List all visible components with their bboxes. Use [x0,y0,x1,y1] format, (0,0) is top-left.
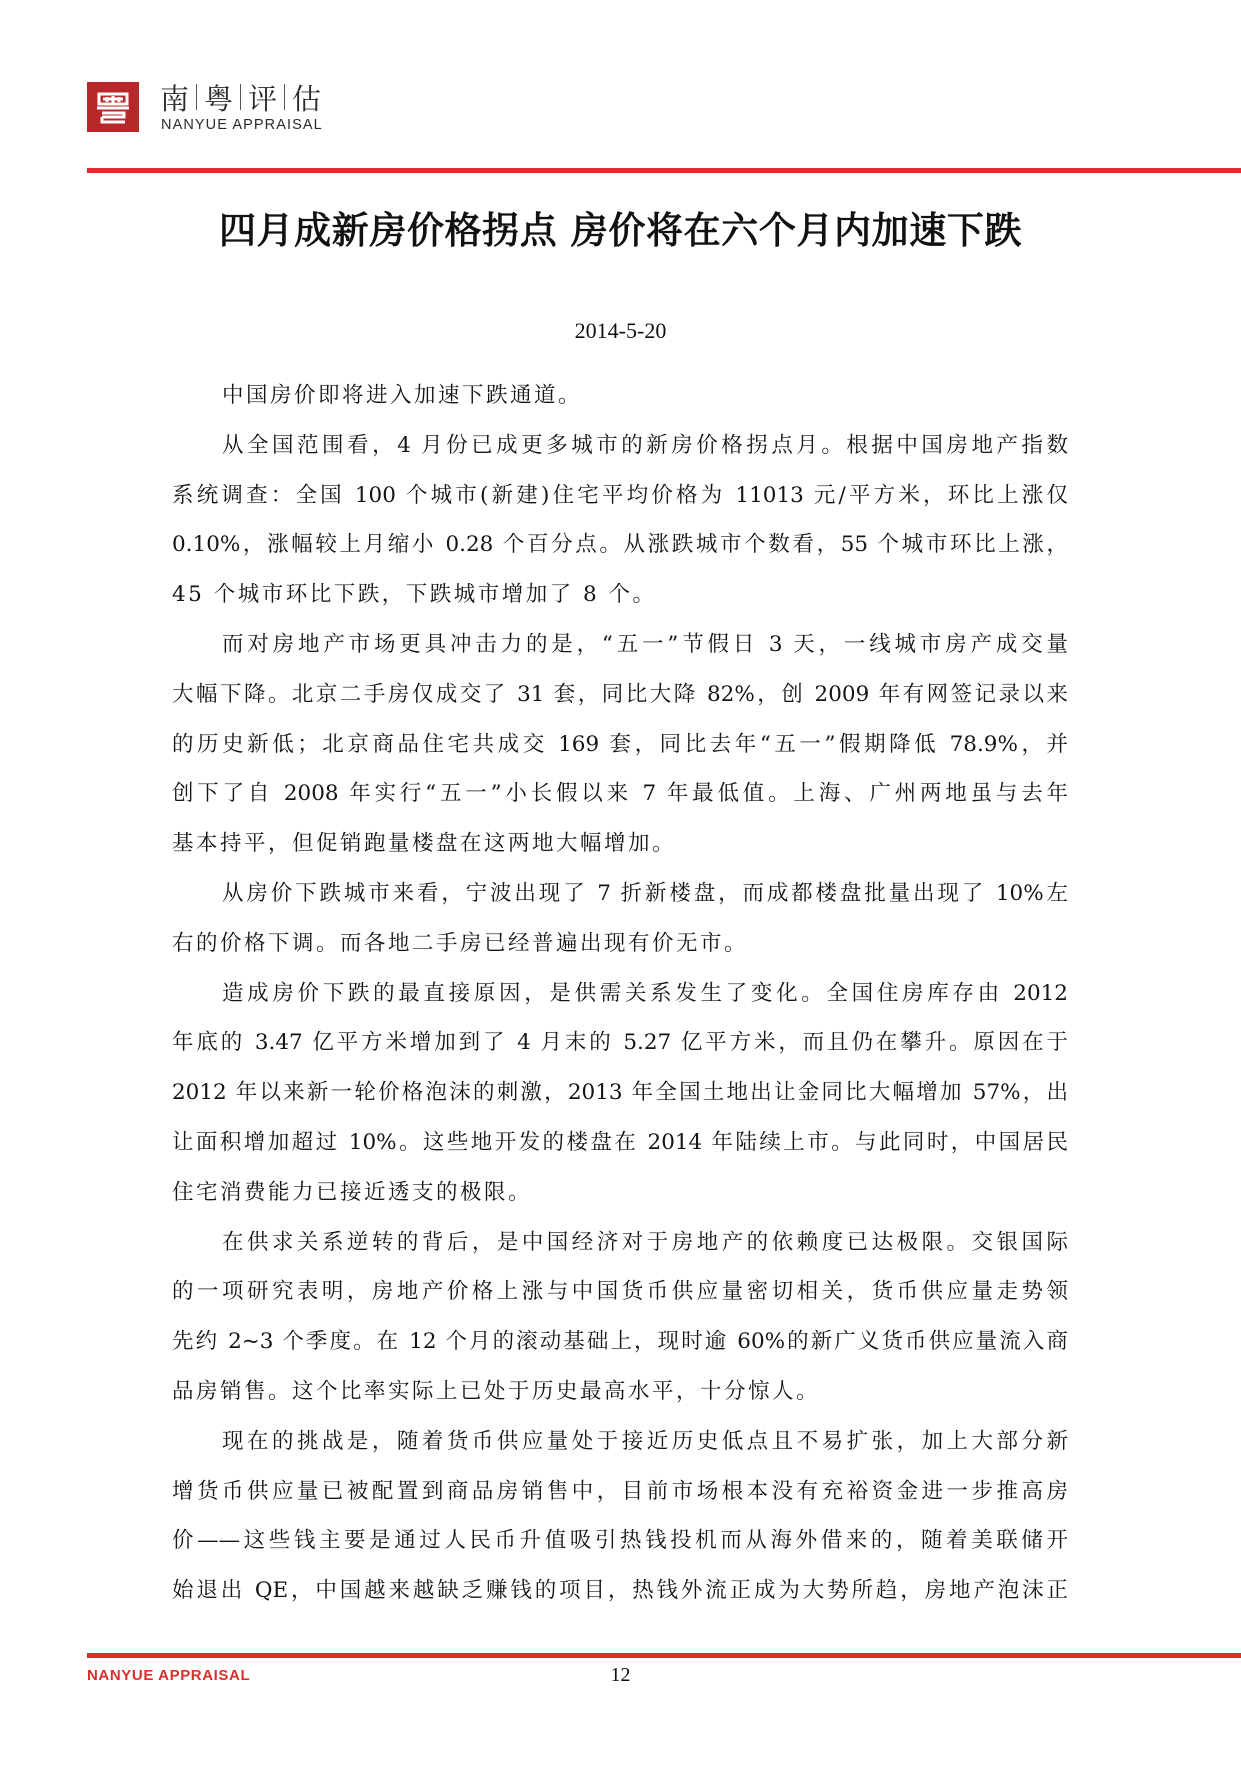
text-line: 而对房地产市场更具冲击力的是，“五一”节假日 3 天，一线城市房产成交量 [172,631,1068,681]
text-line: 创下了自 2008 年实行“五一”小长假以来 7 年最低值。上海、广州两地虽与去… [172,780,1068,830]
text-line: 的历史新低；北京商品住宅共成交 169 套，同比去年“五一”假期降低 78.9%… [172,731,1068,781]
text-line: 现在的挑战是，随着货币供应量处于接近历史低点且不易扩张，加上大部分新 [172,1428,1068,1478]
text-line: 从房价下跌城市来看，宁波出现了 7 折新楼盘，而成都楼盘批量出现了 10%左 [172,880,1068,930]
article-body: 中国房价即将进入加速下跌通道。从全国范围看，4 月份已成更多城市的新房价格拐点月… [172,382,1068,1627]
text-line: 从全国范围看，4 月份已成更多城市的新房价格拐点月。根据中国房地产指数 [172,432,1068,482]
article-date: 2014-5-20 [0,318,1241,344]
text-line: 0.10%，涨幅较上月缩小 0.28 个百分点。从涨跌城市个数看，55 个城市环… [172,531,1068,581]
text-line: 先约 2~3 个季度。在 12 个月的滚动基础上，现时逾 60%的新广义货币供应… [172,1328,1068,1378]
logo-char: 粤 [204,77,233,118]
text-line: 右的价格下调。而各地二手房已经普遍出现有价无市。 [172,930,1068,980]
text-line: 价——这些钱主要是通过人民币升值吸引热钱投机而从海外借来的，随着美联储开 [172,1527,1068,1577]
logo-divider [284,84,285,110]
text-line: 基本持平，但促销跑量楼盘在这两地大幅增加。 [172,830,1068,880]
logo-divider [240,84,241,110]
text-line: 住宅消费能力已接近透支的极限。 [172,1179,1068,1229]
logo-char: 南 [160,77,189,118]
text-line: 的一项研究表明，房地产价格上涨与中国货币供应量密切相关，货币供应量走势领 [172,1278,1068,1328]
logo-char: 评 [248,77,277,118]
header-divider [87,168,1241,173]
logo-divider [196,84,197,110]
logo-char: 估 [292,77,321,118]
text-line: 在供求关系逆转的背后，是中国经济对于房地产的依赖度已达极限。交银国际 [172,1229,1068,1279]
footer-divider [87,1653,1241,1658]
logo-seal-icon [87,82,139,132]
text-line: 品房销售。这个比率实际上已处于历史最高水平，十分惊人。 [172,1378,1068,1428]
text-line: 系统调查：全国 100 个城市(新建)住宅平均价格为 11013 元/平方米，环… [172,482,1068,532]
text-line: 让面积增加超过 10%。这些地开发的楼盘在 2014 年陆续上市。与此同时，中国… [172,1129,1068,1179]
yue-seal-icon [93,87,133,127]
text-line: 年底的 3.47 亿平方米增加到了 4 月末的 5.27 亿平方米，而且仍在攀升… [172,1029,1068,1079]
text-line: 始退出 QE，中国越来越缺乏赚钱的项目，热钱外流正成为大势所趋，房地产泡沫正 [172,1577,1068,1627]
text-line: 增货币供应量已被配置到商品房销售中，目前市场根本没有充裕资金进一步推高房 [172,1478,1068,1528]
page-title: 四月成新房价格拐点 房价将在六个月内加速下跌 [0,200,1241,254]
page-number: 12 [0,1664,1241,1687]
logo-chinese-name: 南 粤 评 估 [160,80,321,114]
text-line: 45 个城市环比下跌，下跌城市增加了 8 个。 [172,581,1068,631]
text-line: 2012 年以来新一轮价格泡沫的刺激，2013 年全国土地出让金同比大幅增加 5… [172,1079,1068,1129]
text-line: 中国房价即将进入加速下跌通道。 [172,382,1068,432]
text-line: 造成房价下跌的最直接原因，是供需关系发生了变化。全国住房库存由 2012 [172,980,1068,1030]
text-line: 大幅下降。北京二手房仅成交了 31 套，同比大降 82%，创 2009 年有网签… [172,681,1068,731]
logo-english-name: NANYUE APPRAISAL [161,117,323,133]
